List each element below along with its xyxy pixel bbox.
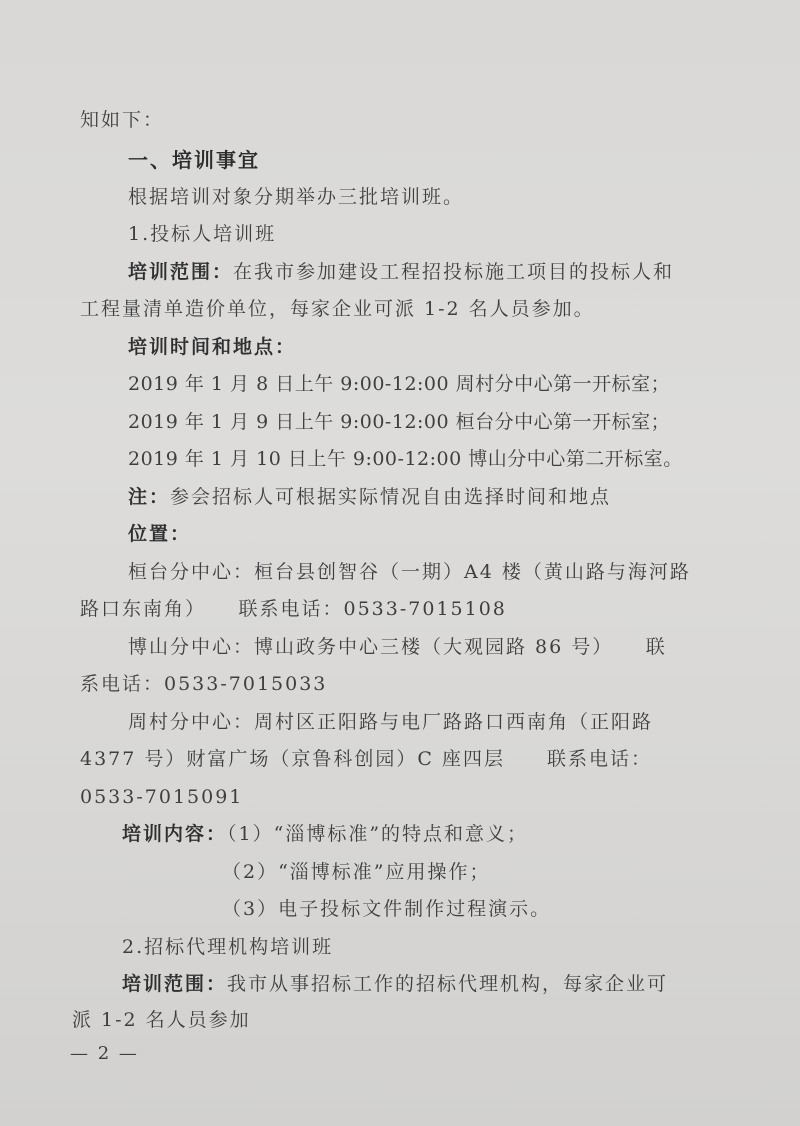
- location-boshan-line2: 系电话：0533-7015033: [80, 672, 327, 696]
- location-zhoucun-line3: 0533-7015091: [80, 785, 243, 809]
- class2-scope-line1: 培训范围：我市从事招标工作的招标代理机构，每家企业可: [122, 972, 668, 996]
- page-number: — 2 —: [70, 1042, 139, 1066]
- content-item-1: 培训内容：（1）“淄博标准”的特点和意义；: [122, 822, 528, 846]
- content-item-2: （2）“淄博标准”应用操作；: [222, 860, 491, 884]
- scope-label: 培训范围：: [128, 261, 233, 283]
- schedule-item: 2019 年 1 月 9 日上午 9:00-12:00 桓台分中心第一开标室；: [128, 410, 670, 434]
- class1-scope-line2: 工程量清单造价单位，每家企业可派 1-2 名人员参加。: [80, 297, 595, 321]
- content-item-3: （3）电子投标文件制作过程演示。: [222, 897, 551, 921]
- schedule-label: 培训时间和地点：: [128, 335, 296, 359]
- location-zhoucun-line1: 周村分中心：周村区正阳路与电厂路路口西南角（正阳路: [128, 710, 653, 734]
- note: 注：参会招标人可根据实际情况自由选择时间和地点: [128, 485, 611, 509]
- location-huantai-line1: 桓台分中心：桓台县创智谷（一期）A4 楼（黄山路与海河路: [128, 560, 691, 584]
- location-boshan-line1: 博山分中心：博山政务中心三楼（大观园路 86 号） 联: [128, 635, 667, 659]
- location-label: 位置：: [128, 522, 191, 546]
- schedule-item: 2019 年 1 月 8 日上午 9:00-12:00 周村分中心第一开标室；: [128, 372, 670, 396]
- location-zhoucun-line2: 4377 号）财富广场（京鲁科创园）C 座四层 联系电话：: [80, 747, 652, 771]
- class1-scope-line1: 培训范围：在我市参加建设工程招投标施工项目的投标人和: [128, 260, 674, 284]
- class2-scope-line2: 派 1-2 名人员参加: [72, 1008, 251, 1032]
- document-page: 知如下： 一、培训事宜 根据培训对象分期举办三批培训班。 1.投标人培训班 培训…: [0, 0, 800, 1126]
- scope-text: 在我市参加建设工程招投标施工项目的投标人和: [233, 261, 674, 283]
- schedule-item: 2019 年 1 月 10 日上午 9:00-12:00 博山分中心第二开标室。: [128, 447, 683, 471]
- scope-label: 培训范围：: [122, 973, 227, 995]
- section-heading: 一、培训事宜: [128, 148, 260, 172]
- section-summary: 根据培训对象分期举办三批培训班。: [128, 185, 464, 209]
- class2-title: 2.招标代理机构培训班: [122, 935, 333, 959]
- content-label: 培训内容：: [122, 823, 227, 845]
- scope-text: 我市从事招标工作的招标代理机构，每家企业可: [227, 973, 668, 995]
- note-label: 注：: [128, 486, 170, 508]
- intro-text: 知如下：: [80, 108, 164, 132]
- class1-title: 1.投标人培训班: [128, 222, 276, 246]
- content-text: （1）“淄博标准”的特点和意义；: [227, 823, 528, 845]
- note-text: 参会招标人可根据实际情况自由选择时间和地点: [170, 486, 611, 508]
- location-huantai-line2: 路口东南角） 联系电话：0533-7015108: [80, 597, 507, 621]
